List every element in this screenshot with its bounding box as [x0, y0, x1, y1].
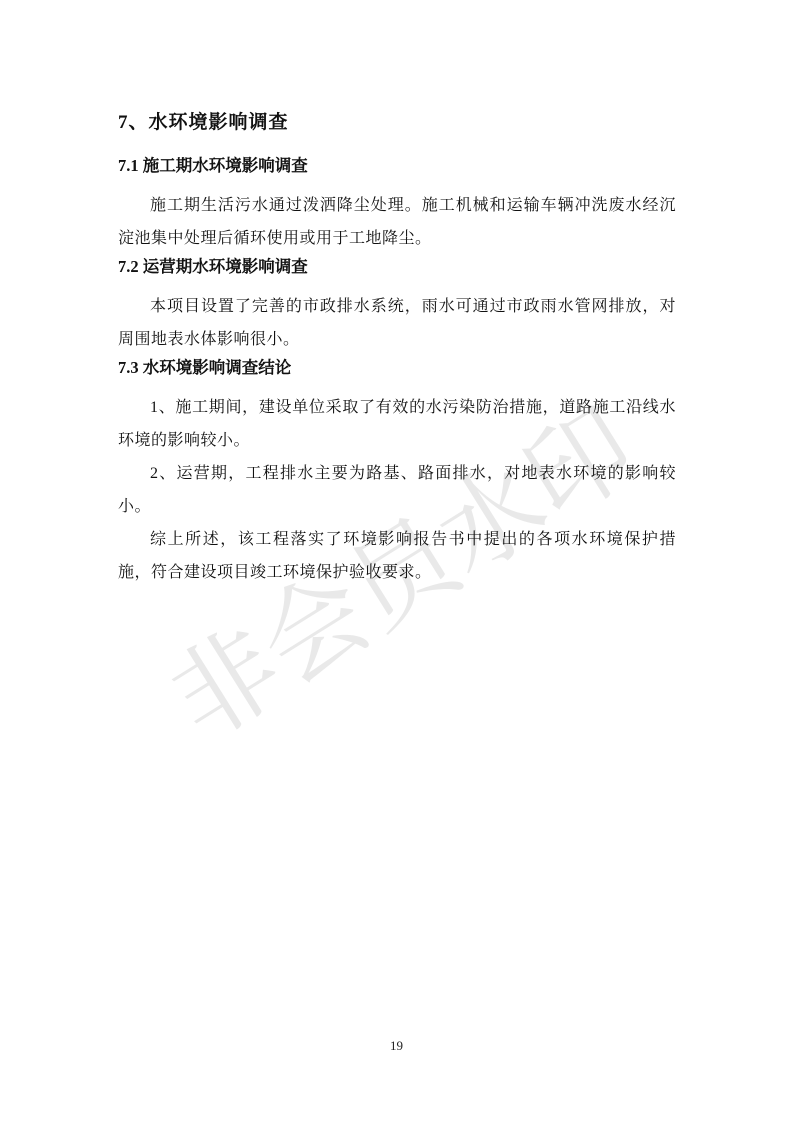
paragraph: 施工期生活污水通过泼洒降尘处理。施工机械和运输车辆冲洗废水经沉淀池集中处理后循环…: [118, 189, 676, 255]
paragraph: 1、施工期间，建设单位采取了有效的水污染防治措施，道路施工沿线水环境的影响较小。: [118, 391, 676, 457]
document-page: 非会员水印 7、水环境影响调查 7.1 施工期水环境影响调查 施工期生活污水通过…: [0, 0, 793, 1122]
paragraph: 2、运营期，工程排水主要为路基、路面排水，对地表水环境的影响较小。: [118, 457, 676, 523]
section-construction-period: 7.1 施工期水环境影响调查 施工期生活污水通过泼洒降尘处理。施工机械和运输车辆…: [118, 155, 676, 255]
section-operation-period: 7.2 运营期水环境影响调查 本项目设置了完善的市政排水系统，雨水可通过市政雨水…: [118, 256, 676, 356]
page-number: 19: [0, 1038, 793, 1054]
section-heading-7-2: 7.2 运营期水环境影响调查: [118, 256, 676, 278]
section-heading-7-1: 7.1 施工期水环境影响调查: [118, 155, 676, 177]
section-heading-7-3: 7.3 水环境影响调查结论: [118, 357, 676, 379]
paragraph: 综上所述，该工程落实了环境影响报告书中提出的各项水环境保护措施，符合建设项目竣工…: [118, 523, 676, 589]
chapter-title: 7、水环境影响调查: [118, 110, 676, 136]
section-conclusion: 7.3 水环境影响调查结论 1、施工期间，建设单位采取了有效的水污染防治措施，道…: [118, 357, 676, 589]
document-content: 7、水环境影响调查 7.1 施工期水环境影响调查 施工期生活污水通过泼洒降尘处理…: [118, 110, 676, 589]
paragraph: 本项目设置了完善的市政排水系统，雨水可通过市政雨水管网排放，对周围地表水体影响很…: [118, 290, 676, 356]
